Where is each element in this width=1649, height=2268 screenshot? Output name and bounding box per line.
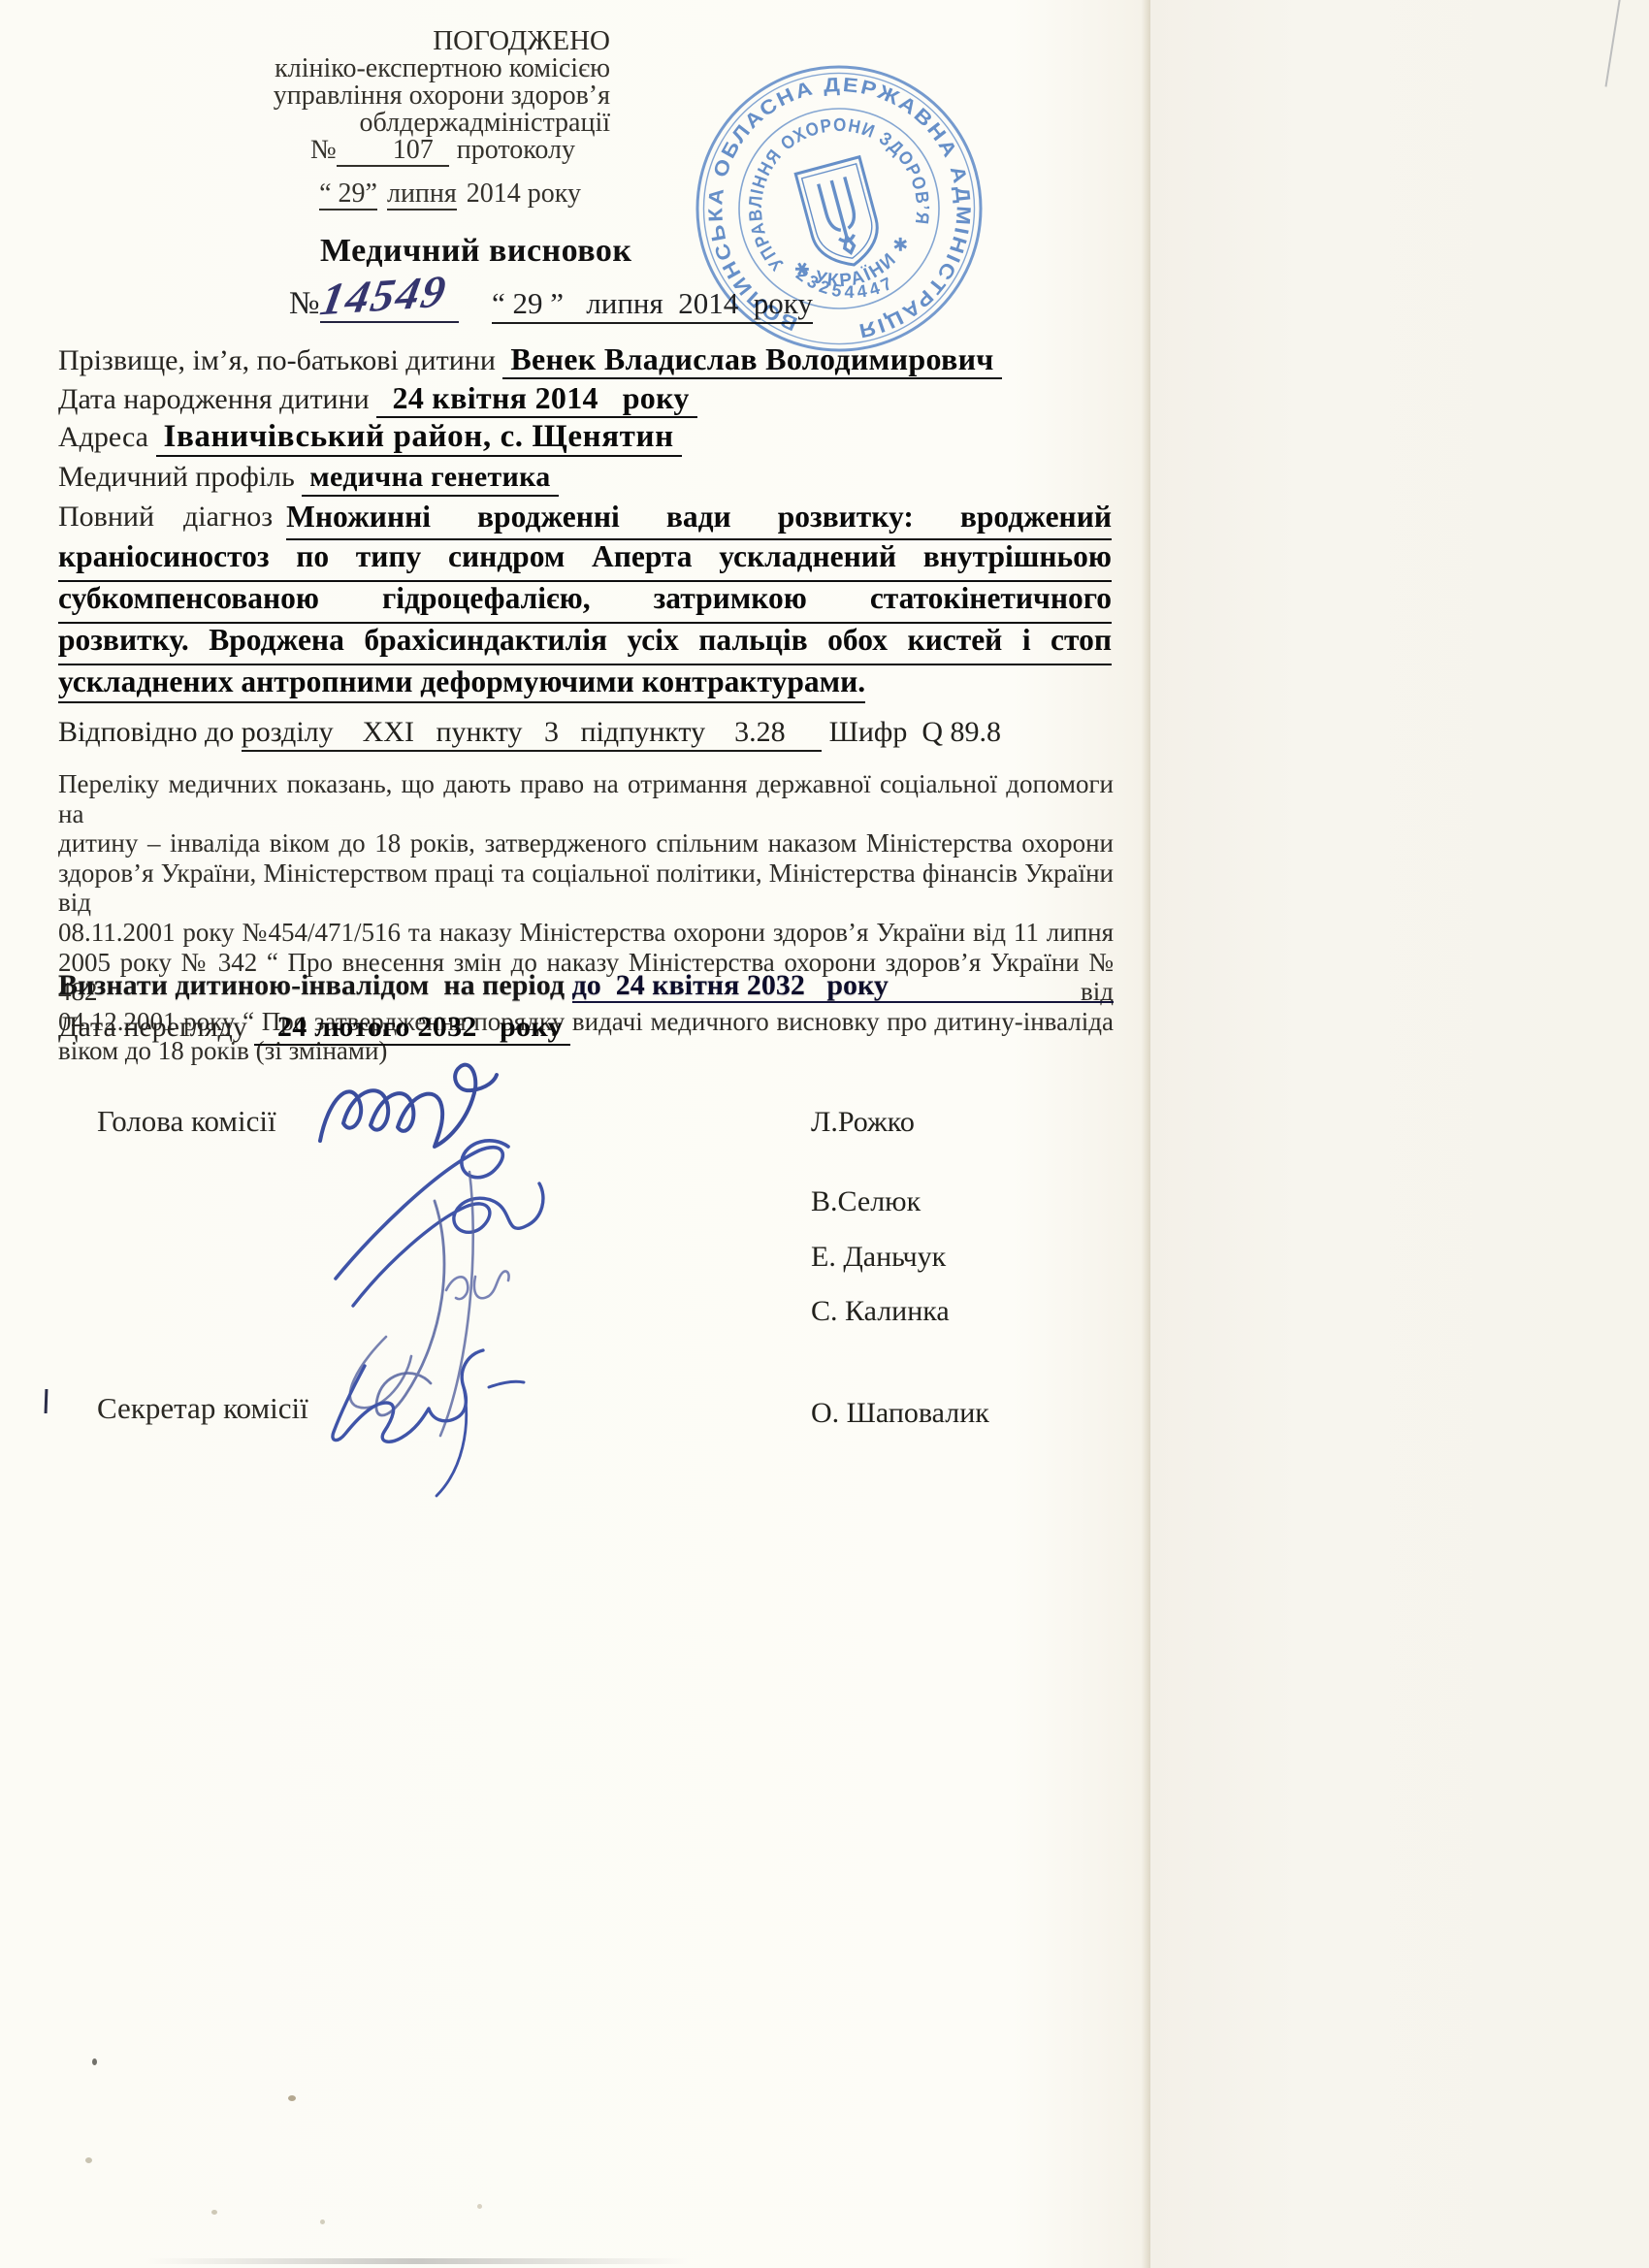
field-birth-date: Дата народження дитини 24 квітня 2014 ро… <box>58 380 1115 419</box>
svg-text:ВОЛИНСЬКА ОБЛАСНА ДЕРЖАВНА: ВОЛИНСЬКА ОБЛАСНА ДЕРЖАВНА АДМІНІСТРАЦІЯ <box>674 44 1005 374</box>
scanned-medical-document: { "page": { "title": "Медичний висновок"… <box>0 0 1649 2268</box>
secretary-label: Секретар комісії <box>97 1391 308 1426</box>
diagnosis-text: Множинні вродженні вади розвитку: вродже… <box>286 501 1112 540</box>
field-medical-profile: Медичний профіль медична генетика <box>58 460 1115 499</box>
approval-line: управління охорони здоров’я <box>154 82 610 110</box>
review-label: Дата перегляду <box>58 1011 254 1043</box>
field-label: Прізвище, ім’я, по-батькові дитини <box>58 344 502 376</box>
scan-speck <box>320 2219 325 2224</box>
approval-protocol-line: №107протоколу <box>154 137 610 164</box>
secretary-name: О. Шаповалик <box>811 1397 989 1430</box>
number-sign: № <box>289 286 320 321</box>
scan-speck <box>477 2204 482 2209</box>
legal-line: здоров’я України, Міністерством праці та… <box>58 859 1114 918</box>
field-address: Адреса Іваничівський район, с. Щенятин <box>58 419 1115 460</box>
diagnosis-text: субкомпенсованою гідроцефалією, затримко… <box>58 582 1112 624</box>
diagnosis-text: ускладнених антропними деформуючими конт… <box>58 664 865 703</box>
diagnosis-text: розвитку. Вроджена брахісиндактилія усіх… <box>58 624 1112 665</box>
document-page: ПОГОДЖЕНО клініко-експертною комісією уп… <box>0 0 1150 2268</box>
scanner-background <box>1150 0 1649 2268</box>
field-value: Іваничівський район, с. Щенятин <box>156 419 682 457</box>
handwritten-document-number: 14549 <box>317 273 450 320</box>
scan-speck <box>211 2210 217 2215</box>
review-date-line: Дата перегляду 24 лютого 2032 року <box>58 1011 570 1044</box>
approval-line: облдержадміністрації <box>154 110 610 137</box>
committee-member-name: Л.Рожко <box>811 1106 915 1139</box>
field-value: медична генетика <box>302 461 558 497</box>
document-date: “ 29 ” липня 2014 року <box>492 286 813 324</box>
svg-text:УПРАВЛІННЯ ОХОРОНИ ЗДОРОВ’Я: УПРАВЛІННЯ ОХОРОНИ ЗДОРОВ’Я <box>725 94 941 276</box>
field-child-name: Прізвище, ім’я, по-батькові дитини Венек… <box>58 341 1115 380</box>
basis-cipher: Шифр Q 89.8 <box>822 716 1001 748</box>
diagnosis-label: Повний діагноз <box>58 501 273 540</box>
protocol-no-sign: № <box>310 135 337 165</box>
stray-pen-mark <box>45 1389 48 1413</box>
legal-line: дитину – інваліда віком до 18 років, зат… <box>58 828 1114 859</box>
diagnosis-last-line: ускладнених антропними деформуючими конт… <box>58 665 1112 705</box>
committee-member-name: В.Селюк <box>811 1185 921 1218</box>
decision-prefix: Визнати дитиною-інвалідом на період <box>58 970 572 1003</box>
scan-speck <box>85 2157 92 2163</box>
legal-line: 08.11.2001 року №454/471/516 та наказу М… <box>58 918 1114 948</box>
document-title: Медичний висновок <box>320 233 632 270</box>
field-value: Венек Владислав Володимирович <box>502 341 1001 379</box>
protocol-number: 107 <box>393 135 434 165</box>
field-label: Дата народження дитини <box>58 383 376 415</box>
scanner-shadow-streak <box>145 2258 689 2264</box>
document-number-line: №14549“ 29 ” липня 2014 року <box>289 279 813 324</box>
basis-section: розділу XXI пункту 3 підпункту 3.28 <box>242 716 822 752</box>
committee-member-name: С. Калинка <box>811 1295 950 1328</box>
official-round-stamp-icon: ВОЛИНСЬКА ОБЛАСНА ДЕРЖАВНА АДМІНІСТРАЦІЯ… <box>658 27 1021 391</box>
review-value: 24 лютого 2032 року <box>254 1011 570 1046</box>
diagnosis-first-line: Повний діагноз Множинні вродженні вади р… <box>58 501 1112 540</box>
legal-line: Переліку медичних показань, що дають пра… <box>58 769 1114 828</box>
approval-line: клініко-експертною комісією <box>154 55 610 82</box>
committee-member-name: Е. Даньчук <box>811 1241 946 1274</box>
disability-decision-line: Визнати дитиною-інвалідом на період до 2… <box>58 970 1114 1003</box>
approval-date-month: липня <box>387 178 457 211</box>
scan-speck <box>288 2095 296 2101</box>
patient-fields: Прізвище, ім’я, по-батькові дитини Венек… <box>58 341 1115 499</box>
approval-heading: ПОГОДЖЕНО <box>154 27 610 54</box>
approval-block: ПОГОДЖЕНО клініко-експертною комісією уп… <box>154 27 610 208</box>
chair-label: Голова комісії <box>97 1104 276 1139</box>
diagnosis-text: краніосиностоз по типу синдром Аперта ус… <box>58 540 1112 582</box>
stamp-inner-top-text: УПРАВЛІННЯ ОХОРОНИ ЗДОРОВ’Я <box>725 94 941 276</box>
approval-date-line: “ 29”липня2014 року <box>154 180 610 208</box>
approval-date-year: 2014 року <box>467 178 581 209</box>
approval-date-day: “ 29” <box>319 178 377 211</box>
basis-code-line: Відповідно до розділу XXI пункту 3 підпу… <box>58 716 1115 749</box>
decision-period: до 24 квітня 2032 року <box>572 970 1114 1003</box>
field-label: Адреса <box>58 421 156 453</box>
basis-prefix: Відповідно до <box>58 716 242 748</box>
handwritten-signatures-ink <box>289 1046 619 1502</box>
scan-speck <box>92 2058 97 2065</box>
protocol-suffix: протоколу <box>457 135 575 165</box>
full-diagnosis-block: Повний діагноз Множинні вродженні вади р… <box>58 501 1112 705</box>
field-value: 24 квітня 2014 року <box>376 380 696 418</box>
field-label: Медичний профіль <box>58 461 302 493</box>
stamp-outer-ring-text: ВОЛИНСЬКА ОБЛАСНА ДЕРЖАВНА АДМІНІСТРАЦІЯ <box>674 44 1005 374</box>
trident-shield-icon <box>795 157 886 274</box>
